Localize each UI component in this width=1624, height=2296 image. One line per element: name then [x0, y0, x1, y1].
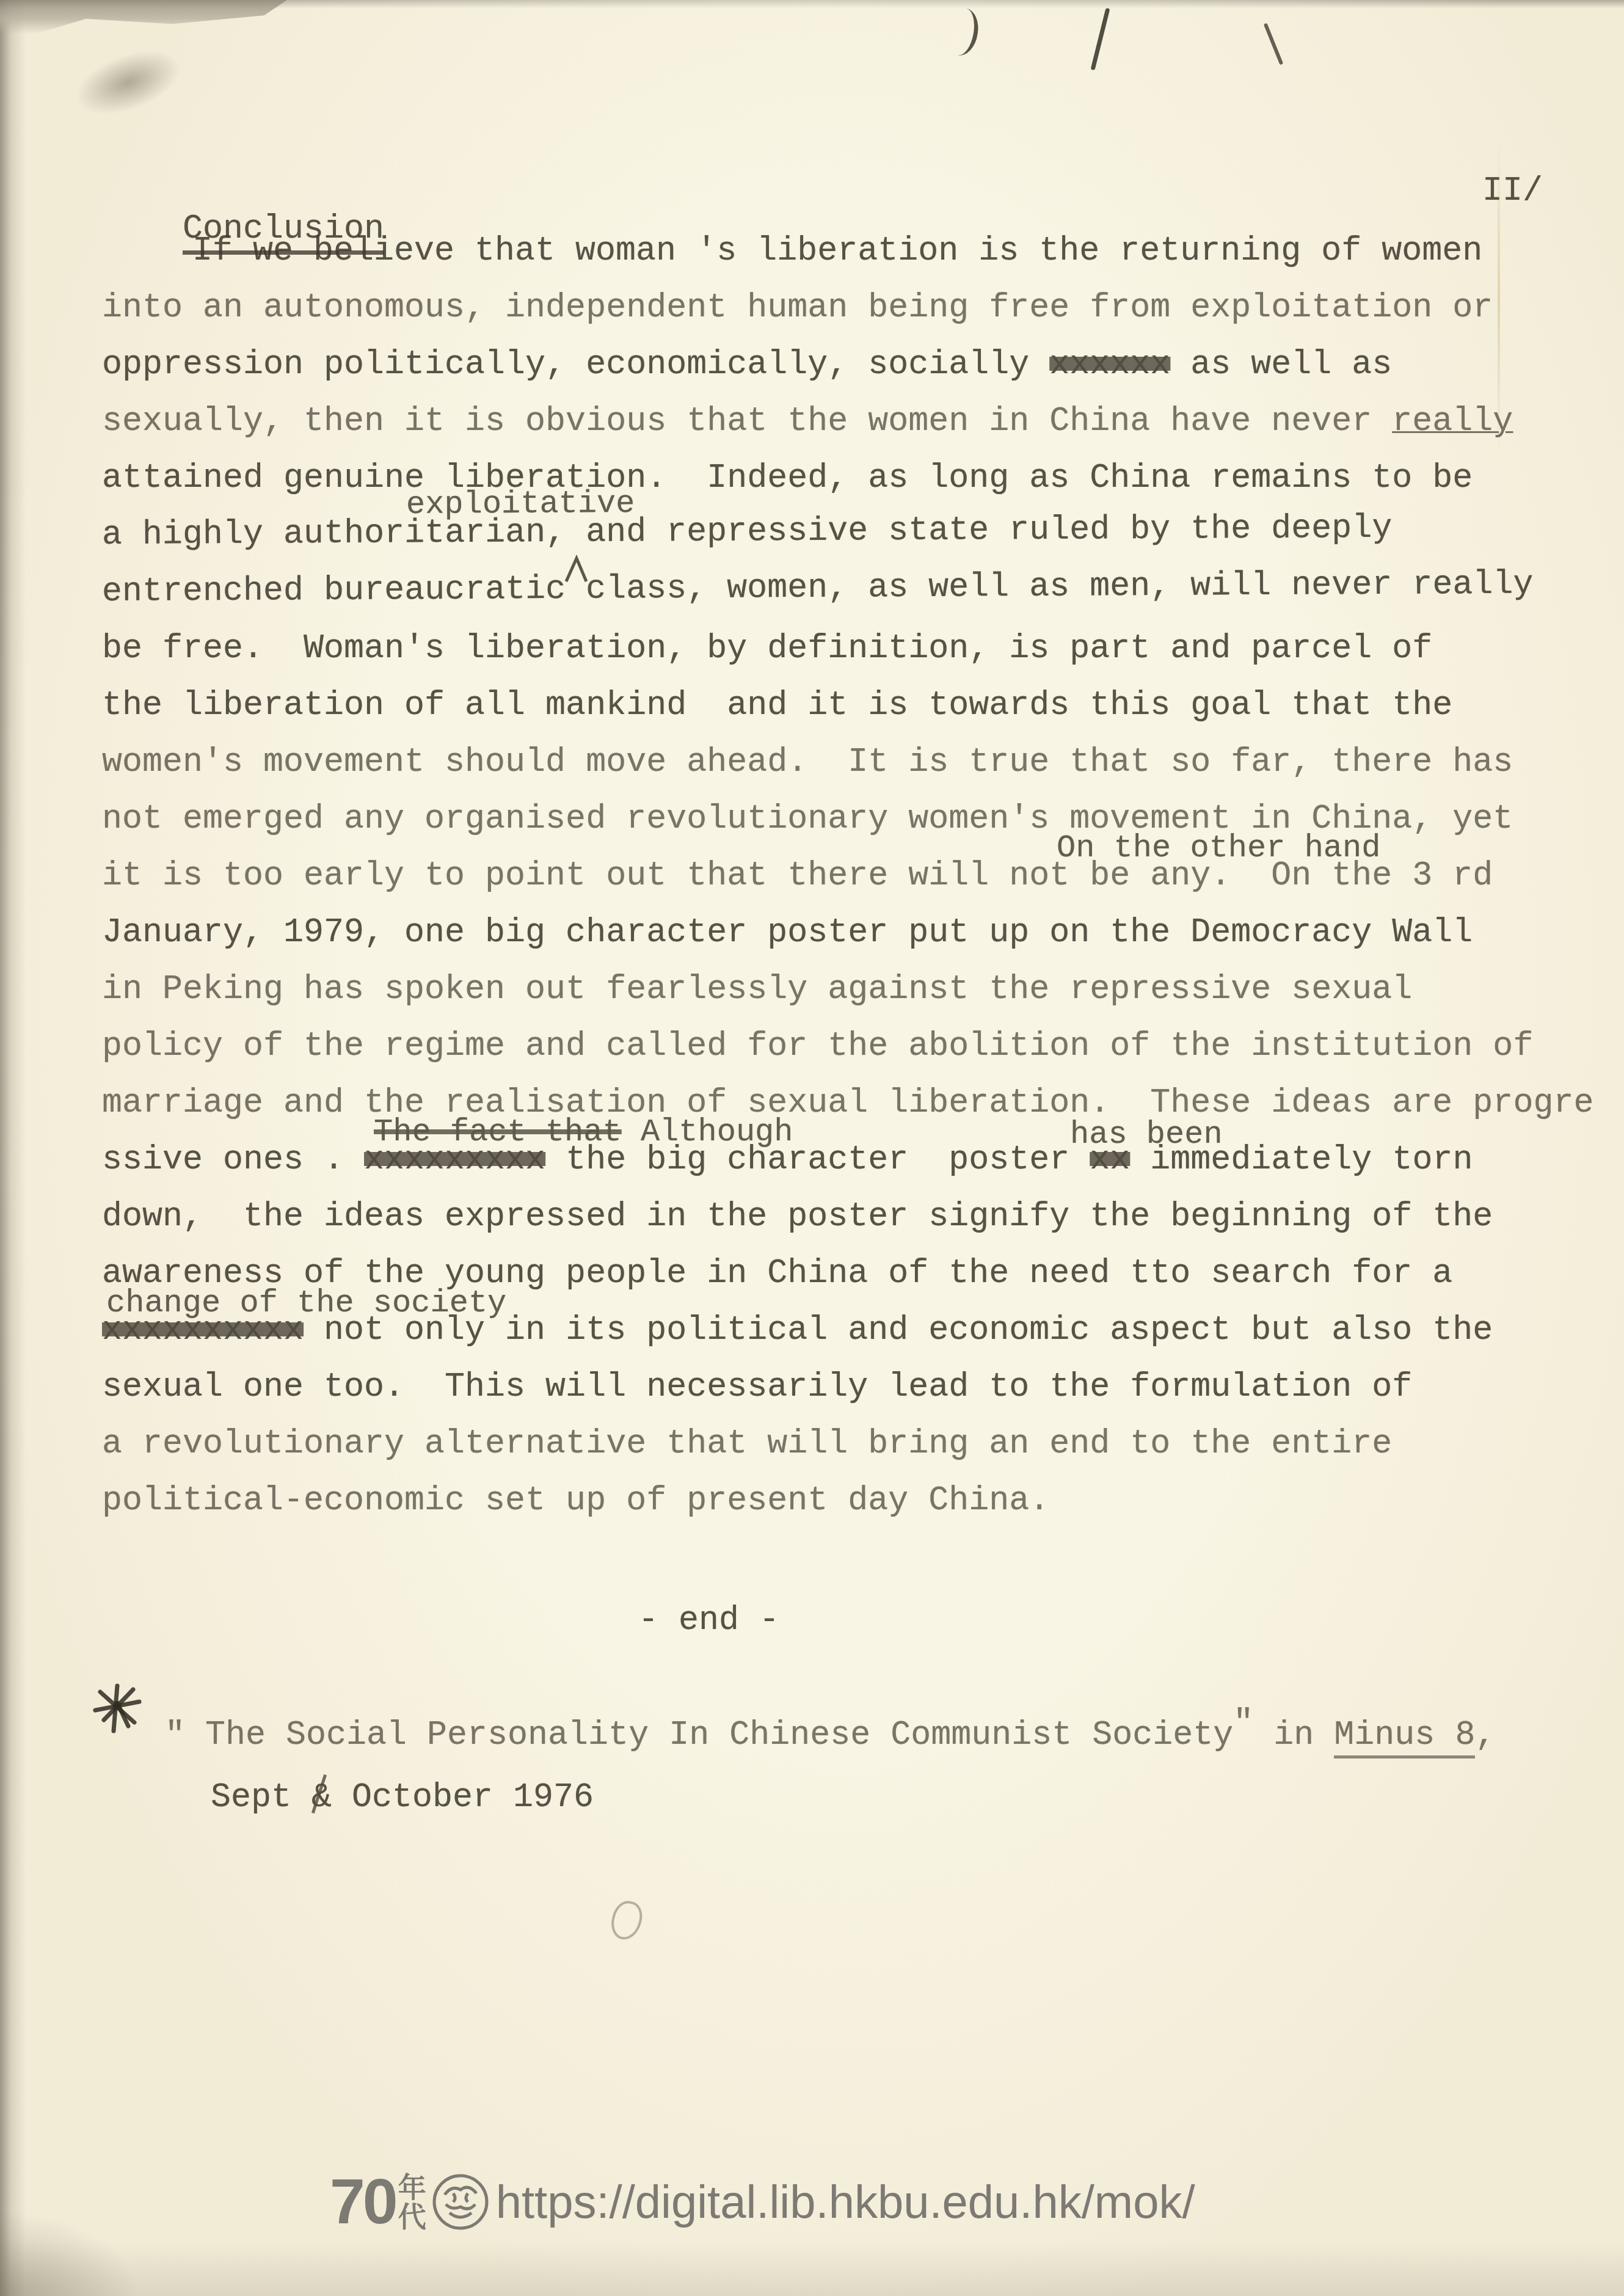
watermark-url: https://digital.lib.hkbu.edu.hk/mok/: [496, 2176, 1195, 2229]
typed-line: attained genuine liberation. Indeed, as …: [102, 459, 1473, 497]
typed-line: it is too early to point out that there …: [102, 857, 1493, 895]
typed-line: in Peking has spoken out fearlessly agai…: [102, 971, 1412, 1008]
typed-line: marriage and the realisation of sexual l…: [102, 1084, 1593, 1122]
typed-line: January, 1979, one big character poster …: [102, 914, 1473, 952]
typed-line: entrenched bureaucratic class, women, as…: [102, 566, 1534, 611]
typed-line: political-economic set up of present day…: [102, 1482, 1049, 1520]
typed-line: sexual one too. This will necessarily le…: [102, 1368, 1412, 1406]
pen-mark: [1264, 23, 1284, 65]
stray-pencil-mark: [608, 1898, 646, 1943]
typed-line: If we believe that woman 's liberation i…: [192, 232, 1482, 270]
seventies-logo-characters: 年 代: [398, 2173, 426, 2231]
typed-line: down, the ideas expressed in the poster …: [102, 1198, 1493, 1236]
typed-line: into an autonomous, independent human be…: [102, 289, 1493, 327]
asterisk-icon: [90, 1678, 145, 1742]
torn-paper-corner: [0, 0, 287, 34]
strikethrough-text: xxxxxxxxxx: [102, 1311, 304, 1349]
typed-line: ssive ones . xxxxxxxxx the big character…: [102, 1141, 1473, 1179]
scan-smudge: [67, 38, 189, 127]
end-mark: - end -: [638, 1602, 779, 1639]
strikethrough-text: xx: [1090, 1140, 1130, 1179]
typed-line: the liberation of all mankind and it is …: [102, 687, 1452, 724]
pen-mark: [949, 7, 982, 58]
strikethrough-text: xxxxxxxxx: [364, 1140, 545, 1179]
typed-line: be free. Woman's liberation, by definiti…: [102, 630, 1432, 668]
typed-line: sexually, then it is obvious that the wo…: [102, 403, 1513, 440]
journal-name: Minus 8: [1334, 1716, 1475, 1758]
scan-shadow: [0, 2211, 140, 2296]
typed-line: a highly authoritarian, and repressive s…: [102, 509, 1393, 554]
footnote-date: Sept & October 1976: [211, 1779, 594, 1817]
typed-line: oppression politically, economically, so…: [102, 346, 1392, 384]
seventies-logo: 70: [330, 2170, 396, 2234]
hkbu-seal-icon: [431, 2173, 490, 2231]
scanned-document-page: II/ Conclusion If we believe that woman …: [0, 0, 1624, 2296]
pen-mark: [1091, 8, 1110, 71]
library-watermark: 70 年 代 https://digital.lib.hkbu.edu.hk/m…: [330, 2162, 1195, 2242]
overstruck-ampersand: &: [311, 1779, 332, 1817]
typed-line: xxxxxxxxxx not only in its political and…: [102, 1311, 1493, 1349]
strikethrough-text: xxxxxx: [1049, 345, 1170, 384]
typed-line: policy of the regime and called for the …: [102, 1027, 1533, 1065]
typed-line: women's movement should move ahead. It i…: [102, 743, 1513, 781]
footnote-text: " The Social Personality In Chinese Comm…: [165, 1716, 1495, 1754]
typed-line: a revolutionary alternative that will br…: [102, 1425, 1392, 1463]
